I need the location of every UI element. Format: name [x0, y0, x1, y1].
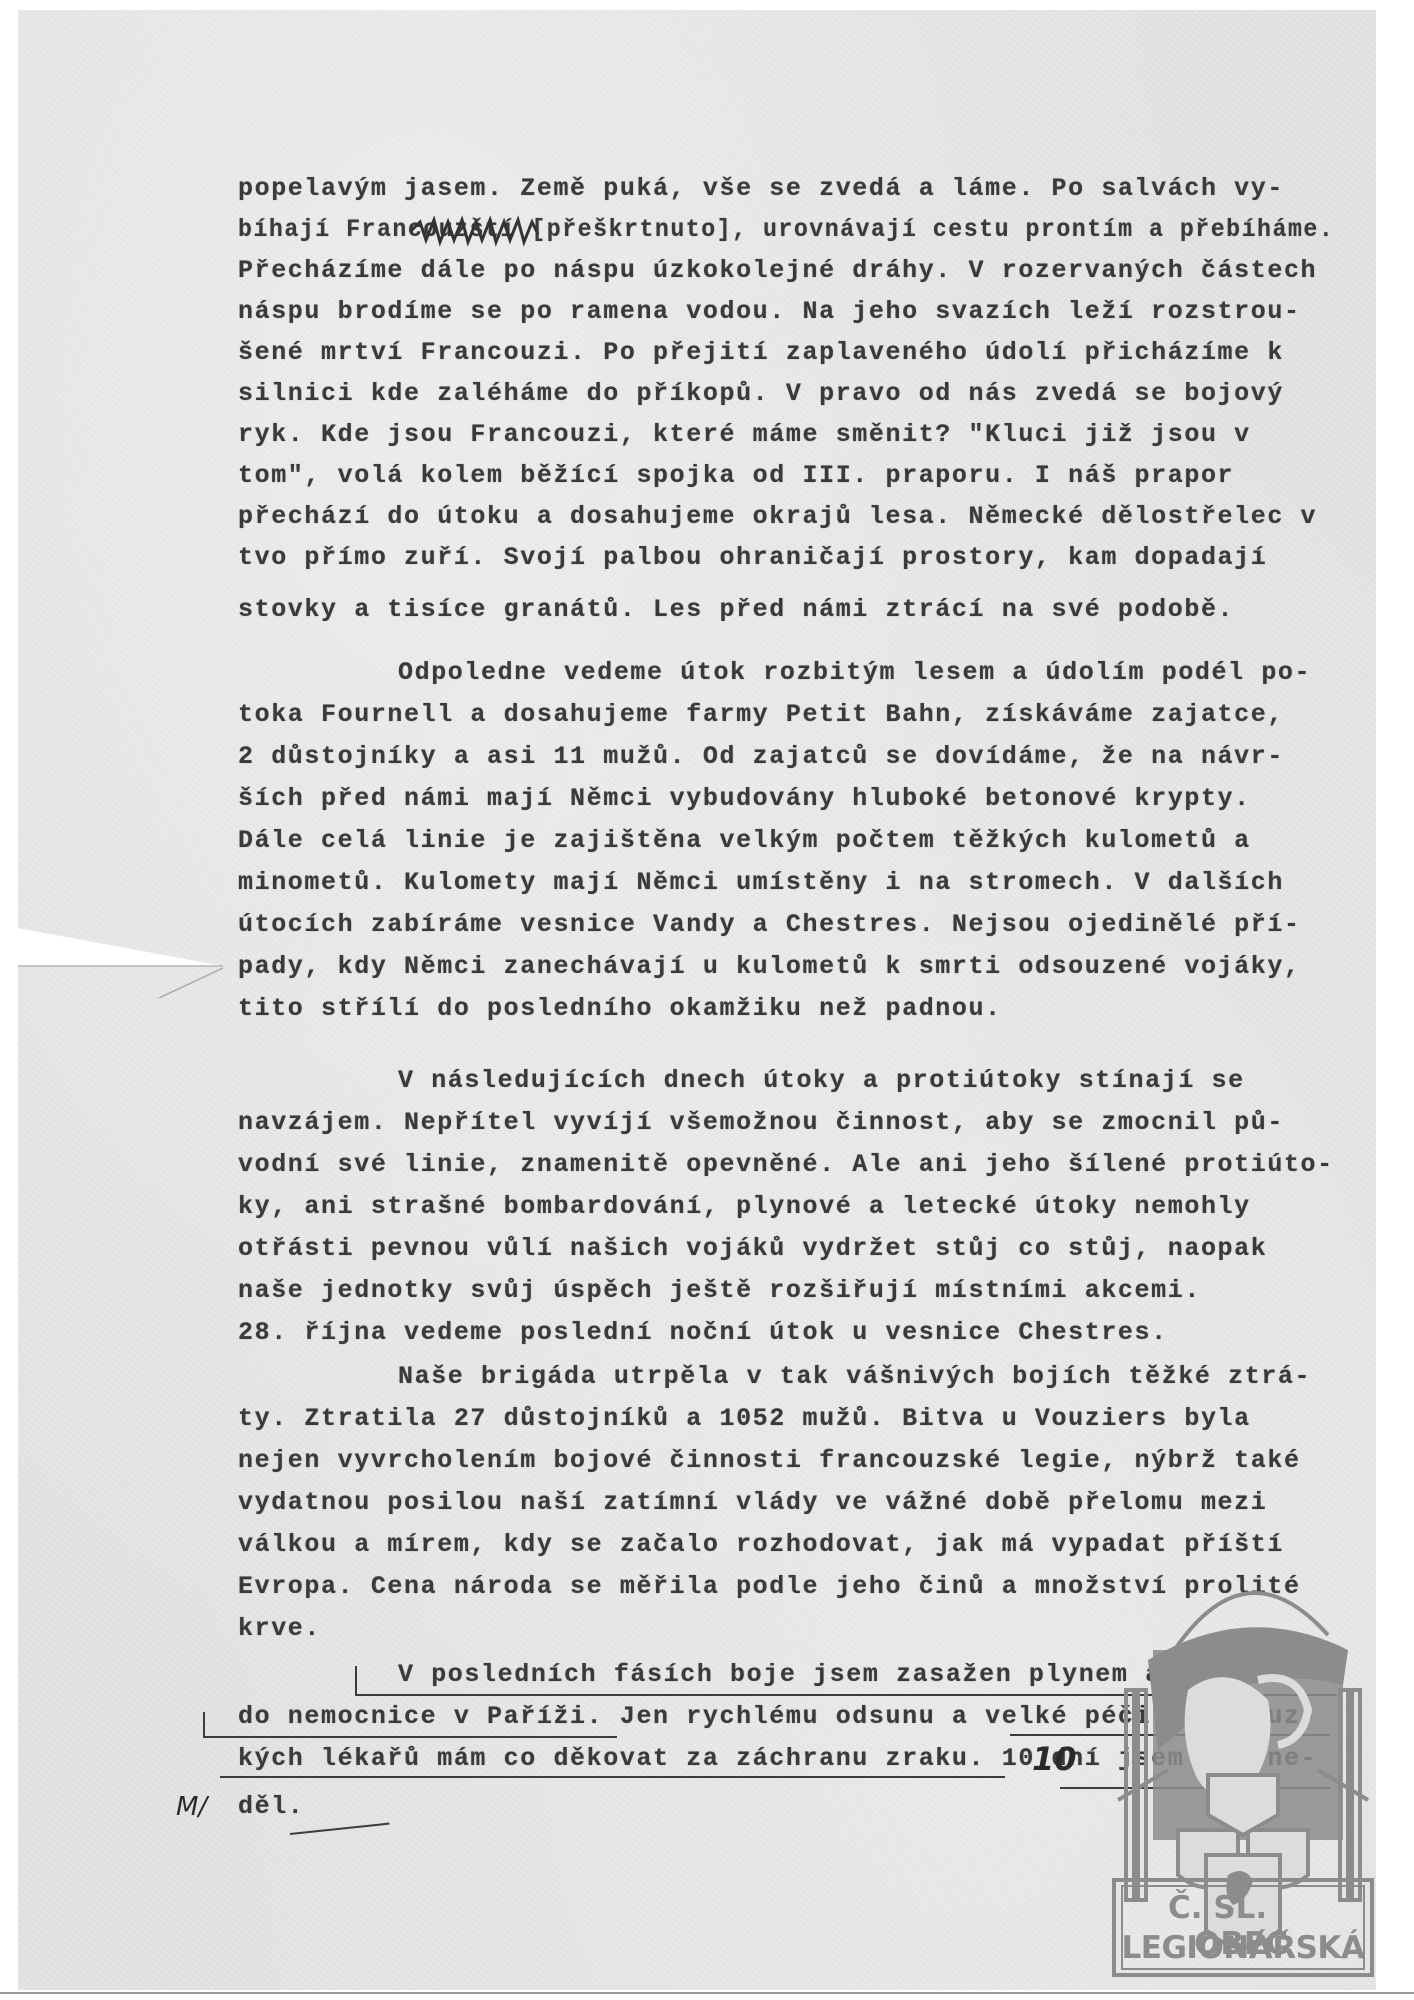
text-line: vodní své linie, znamenitě opevněné. Ale… [238, 1150, 1334, 1179]
handwritten-number: 10 [1032, 1740, 1077, 1778]
text-line: tvo přímo zuří. Svojí palbou ohraničají … [238, 543, 1267, 572]
handwritten-bracket-underline [203, 1712, 617, 1738]
text-line: krve. [238, 1614, 321, 1643]
text-line: vydatnou posilou naší zatímní vlády ve v… [238, 1488, 1267, 1517]
text-line: ky, ani strašné bombardování, plynové a … [238, 1192, 1251, 1221]
text-line: toka Fournell a dosahujeme farmy Petit B… [238, 700, 1284, 729]
text-line: přechází do útoku a dosahujeme okrajů le… [238, 502, 1317, 531]
text-line: naše jednotky svůj úspěch ještě rozšiřuj… [238, 1276, 1201, 1305]
text-line: ších před námi mají Němci vybudovány hlu… [238, 784, 1251, 813]
text-line: Naše brigáda utrpěla v tak vášnivých boj… [398, 1362, 1311, 1391]
legion-stamp-logo: Č. SL.OBEC LEGIONÁŘSKÁ [1108, 1540, 1378, 1978]
text-line: tom", volá kolem běžící spojka od III. p… [238, 461, 1234, 490]
text-line: stovky a tisíce granátů. Les před námi z… [238, 595, 1234, 624]
text-line: Odpoledne vedeme útok rozbitým lesem a ú… [398, 658, 1311, 687]
text-line: Přecházíme dále po náspu úzkokolejné drá… [238, 256, 1317, 285]
text-line: V následujících dnech útoky a protiútoky… [398, 1066, 1245, 1095]
text-line: otřásti pevnou vůlí našich vojáků vydrže… [238, 1234, 1267, 1263]
text-line: tito střílí do posledního okamžiku než p… [238, 994, 1002, 1023]
text-line: silnici kde zaléháme do příkopů. V pravo… [238, 379, 1284, 408]
text-line: náspu brodíme se po ramena vodou. Na jeh… [238, 297, 1301, 326]
text-line-annotated: děl. [238, 1792, 304, 1821]
text-line: bíhají Francouzští [přeškrtnuto], urovná… [238, 215, 1334, 244]
text-line: šené mrtví Francouzi. Po přejití zaplave… [238, 338, 1284, 367]
text-line: navzájem. Nepřítel vyvíjí všemožnou činn… [238, 1108, 1284, 1137]
text-line: ryk. Kde jsou Francouzi, které máme směn… [238, 420, 1251, 449]
stamp-line2: LEGIONÁŘSKÁ [1108, 1930, 1378, 1966]
text-line: ty. Ztratila 27 důstojníků a 1052 mužů. … [238, 1404, 1251, 1433]
page-edge [0, 1992, 1414, 1994]
text-line: pady, kdy Němci zanechávají u kulometů k… [238, 952, 1301, 981]
text-line: popelavým jasem. Země puká, vše se zvedá… [238, 174, 1284, 203]
text-line: 28. října vedeme poslední noční útok u v… [238, 1318, 1168, 1347]
text-line: minometů. Kulomety mají Němci umístěny i… [238, 868, 1284, 897]
text-line: útocích zabíráme vesnice Vandy a Chestre… [238, 910, 1301, 939]
handwritten-underline [220, 1776, 1005, 1778]
scribbled-out-word [408, 214, 540, 248]
text-line: nejen vyvrcholením bojové činnosti franc… [238, 1446, 1301, 1475]
text-line: 2 důstojníky a asi 11 mužů. Od zajatců s… [238, 742, 1284, 771]
paper-fold-crease [18, 888, 228, 998]
handwritten-margin-mark: M/ [176, 1792, 207, 1822]
text-line: Dále celá linie je zajištěna velkým počt… [238, 826, 1251, 855]
